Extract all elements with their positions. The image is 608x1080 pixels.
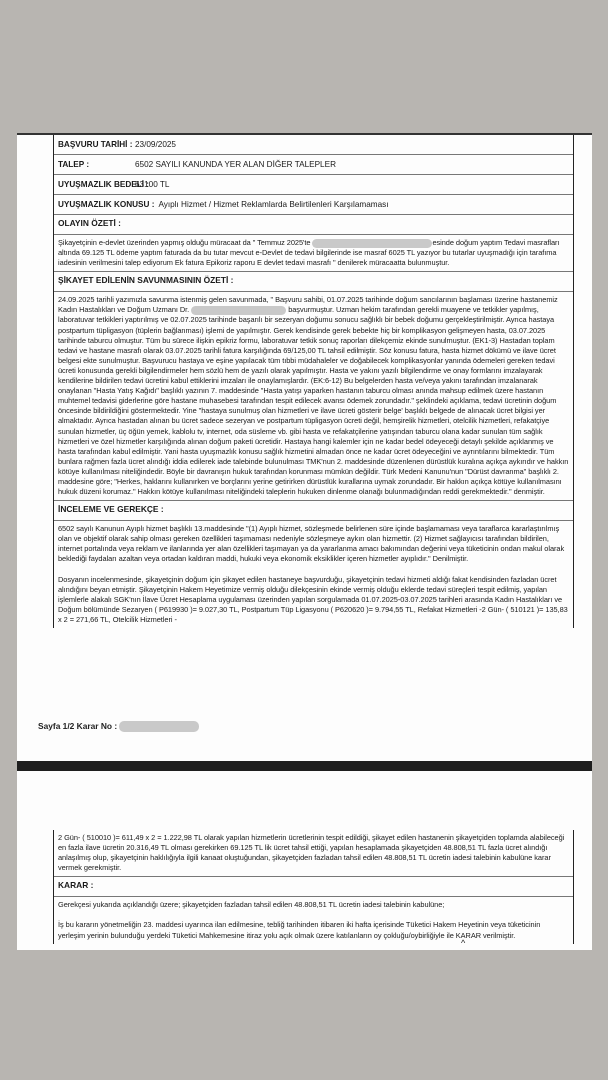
section-heading-inceleme: İNCELEME VE GEREKÇE :: [54, 501, 573, 521]
field-uyusmazlik-konusu: UYUŞMAZLIK KONUSU : Ayıplı Hizmet / Hizm…: [54, 195, 573, 215]
field-value: 63100 TL: [135, 180, 169, 189]
redaction: [119, 721, 199, 732]
field-value: 6502 SAYILI KANUNDA YER ALAN DİĞER TALEP…: [135, 160, 336, 169]
paragraph: İş bu kararın yönetmeliğin 23. maddesi u…: [58, 920, 569, 940]
section-heading-karar: KARAR :: [54, 877, 573, 897]
field-label: TALEP :: [58, 160, 135, 169]
karar-text: Gerekçesi yukarıda açıklandığı üzere; şi…: [54, 897, 573, 943]
inceleme-text: 6502 sayılı Kanunun Ayıplı hizmet başlık…: [54, 521, 573, 628]
field-label: UYUŞMAZLIK BEDELİ :: [58, 180, 135, 189]
savunma-text: 24.09.2025 tarihli yazımızla savunma ist…: [54, 292, 573, 501]
field-value: 23/09/2025: [135, 140, 176, 149]
section-heading-savunma: ŞİKAYET EDİLENİN SAVUNMASININ ÖZETİ :: [54, 272, 573, 292]
field-label: UYUŞMAZLIK KONUSU :: [58, 200, 154, 209]
caret-mark: ^: [461, 938, 465, 948]
form-table-continued: 2 Gün- ( 510010 )= 611,49 x 2 = 1.222,98…: [53, 830, 574, 944]
text: başvurmuştur. Uzman hekim tarafından ger…: [58, 305, 568, 496]
paragraph: 6502 sayılı Kanunun Ayıplı hizmet başlık…: [58, 524, 569, 564]
form-table: BAŞVURU TARİHİ : 23/09/2025 TALEP : 6502…: [53, 135, 574, 628]
paragraph: Gerekçesi yukarıda açıklandığı üzere; şi…: [58, 900, 569, 910]
page-number-label: Sayfa 1/2 Karar No :: [38, 721, 117, 731]
field-talep: TALEP : 6502 SAYILI KANUNDA YER ALAN DİĞ…: [54, 155, 573, 175]
text: Şikayetçinin e-devlet üzerinden yapmış o…: [58, 238, 312, 247]
field-uyusmazlik-bedeli: UYUŞMAZLIK BEDELİ : 63100 TL: [54, 175, 573, 195]
document-page-1: BAŞVURU TARİHİ : 23/09/2025 TALEP : 6502…: [17, 133, 592, 763]
olay-ozeti-text: Şikayetçinin e-devlet üzerinden yapmış o…: [54, 235, 573, 272]
field-label: BAŞVURU TARİHİ :: [58, 140, 135, 149]
field-basvuru-tarihi: BAŞVURU TARİHİ : 23/09/2025: [54, 135, 573, 155]
field-value: Ayıplı Hizmet / Hizmet Reklamlarda Belir…: [158, 200, 388, 209]
inceleme-continuation: 2 Gün- ( 510010 )= 611,49 x 2 = 1.222,98…: [54, 830, 573, 877]
section-heading-olay-ozeti: OLAYIN ÖZETİ :: [54, 215, 573, 235]
redaction: [312, 239, 432, 248]
document-page-2: 2 Gün- ( 510010 )= 611,49 x 2 = 1.222,98…: [17, 771, 592, 950]
paragraph: Dosyanın incelenmesinde, şikayetçinin do…: [58, 575, 569, 625]
page-footer: Sayfa 1/2 Karar No :: [38, 721, 199, 732]
redaction: [191, 306, 286, 315]
